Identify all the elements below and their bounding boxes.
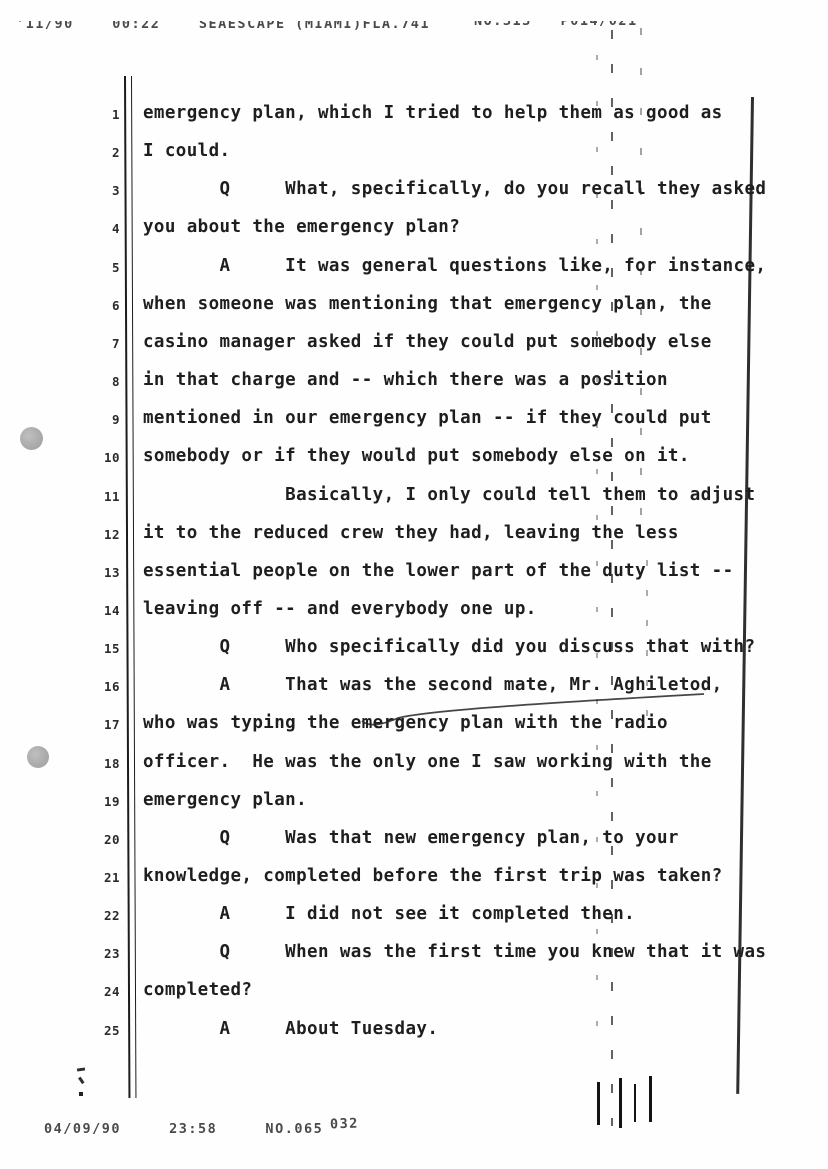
line-number: 13 — [94, 565, 120, 580]
line-text: Basically, I only could tell them to adj… — [143, 485, 755, 505]
transcript-line: 2I could. — [0, 141, 828, 179]
transcript-line: 21knowledge, completed before the first … — [0, 866, 828, 904]
line-number: 24 — [94, 984, 120, 999]
transcript-line: 11 Basically, I only could tell them to … — [0, 485, 828, 523]
line-text: leaving off -- and everybody one up. — [143, 599, 537, 619]
transcript-line: 13essential people on the lower part of … — [0, 561, 828, 599]
line-text: mentioned in our emergency plan -- if th… — [143, 408, 712, 428]
transcript-line: 23 Q When was the first time you knew th… — [0, 942, 828, 980]
line-text: I could. — [143, 141, 231, 161]
line-text: A That was the second mate, Mr. Aghileto… — [143, 675, 723, 695]
line-text: officer. He was the only one I saw worki… — [143, 752, 712, 772]
line-text: emergency plan, which I tried to help th… — [143, 103, 723, 123]
line-number: 8 — [94, 374, 120, 389]
transcript-line: 19emergency plan. — [0, 790, 828, 828]
transcript-line: 20 Q Was that new emergency plan, to you… — [0, 828, 828, 866]
transcript-line: 5 A It was general questions like, for i… — [0, 256, 828, 294]
line-text: completed? — [143, 980, 252, 1000]
line-number: 10 — [94, 450, 120, 465]
line-number: 22 — [94, 908, 120, 923]
line-text: when someone was mentioning that emergen… — [143, 294, 712, 314]
transcript-line: 15 Q Who specifically did you discuss th… — [0, 637, 828, 675]
line-text: knowledge, completed before the first tr… — [143, 866, 723, 886]
transcript-line: 1emergency plan, which I tried to help t… — [0, 103, 828, 141]
transcript-line: 10somebody or if they would put somebody… — [0, 446, 828, 484]
line-number: 25 — [94, 1023, 120, 1038]
transcript-line: 6when someone was mentioning that emerge… — [0, 294, 828, 332]
line-number: 2 — [94, 145, 120, 160]
line-number: 18 — [94, 756, 120, 771]
line-text: A I did not see it completed then. — [143, 904, 635, 924]
line-text: who was typing the emergency plan with t… — [143, 713, 668, 733]
line-number: 16 — [94, 679, 120, 694]
transcript-line: 17who was typing the emergency plan with… — [0, 713, 828, 751]
line-number: 1 — [94, 107, 120, 122]
line-text: Q What, specifically, do you recall they… — [143, 179, 766, 199]
line-number: 5 — [94, 260, 120, 275]
transcript-line: 24completed? — [0, 980, 828, 1018]
transcript-line: 4you about the emergency plan? — [0, 217, 828, 255]
fax-footer-page-mark: 032 — [330, 1116, 359, 1133]
line-number: 15 — [94, 641, 120, 656]
line-number: 14 — [94, 603, 120, 618]
transcript-line: 16 A That was the second mate, Mr. Aghil… — [0, 675, 828, 713]
line-number: 23 — [94, 946, 120, 961]
scanned-transcript-page: '11/90 00:22 SEAESCAPE (MIAMI)FLA.741 NO… — [0, 0, 828, 1169]
line-number: 7 — [94, 336, 120, 351]
transcript-line: 7casino manager asked if they could put … — [0, 332, 828, 370]
transcript-line: 22 A I did not see it completed then. — [0, 904, 828, 942]
transcript-line: 3 Q What, specifically, do you recall th… — [0, 179, 828, 217]
line-number: 12 — [94, 527, 120, 542]
line-number: 6 — [94, 298, 120, 313]
line-number: 17 — [94, 717, 120, 732]
line-number: 4 — [94, 221, 120, 236]
line-text: you about the emergency plan? — [143, 217, 460, 237]
line-text: emergency plan. — [143, 790, 307, 810]
transcript-line: 9mentioned in our emergency plan -- if t… — [0, 408, 828, 446]
stray-mark — [75, 1066, 87, 1098]
line-text: A It was general questions like, for ins… — [143, 256, 766, 276]
line-text: it to the reduced crew they had, leaving… — [143, 523, 679, 543]
line-number: 3 — [94, 183, 120, 198]
line-text: in that charge and -- which there was a … — [143, 370, 668, 390]
transcript-line: 18officer. He was the only one I saw wor… — [0, 752, 828, 790]
line-number: 21 — [94, 870, 120, 885]
line-text: essential people on the lower part of th… — [143, 561, 734, 581]
line-number: 9 — [94, 412, 120, 427]
line-text: Q Who specifically did you discuss that … — [143, 637, 755, 657]
transcript-line: 8in that charge and -- which there was a… — [0, 370, 828, 408]
line-text: Q Was that new emergency plan, to your — [143, 828, 679, 848]
line-text: casino manager asked if they could put s… — [143, 332, 712, 352]
line-text: A About Tuesday. — [143, 1019, 438, 1039]
line-number: 19 — [94, 794, 120, 809]
transcript-line: 12it to the reduced crew they had, leavi… — [0, 523, 828, 561]
line-number: 20 — [94, 832, 120, 847]
transcript-line: 25 A About Tuesday. — [0, 1019, 828, 1057]
transcript-body: 1emergency plan, which I tried to help t… — [0, 0, 828, 1169]
line-text: somebody or if they would put somebody e… — [143, 446, 690, 466]
line-text: Q When was the first time you knew that … — [143, 942, 766, 962]
transcript-line: 14leaving off -- and everybody one up. — [0, 599, 828, 637]
line-number: 11 — [94, 489, 120, 504]
fax-footer-text: 04/09/90 23:58 NO.065 — [44, 1121, 323, 1137]
